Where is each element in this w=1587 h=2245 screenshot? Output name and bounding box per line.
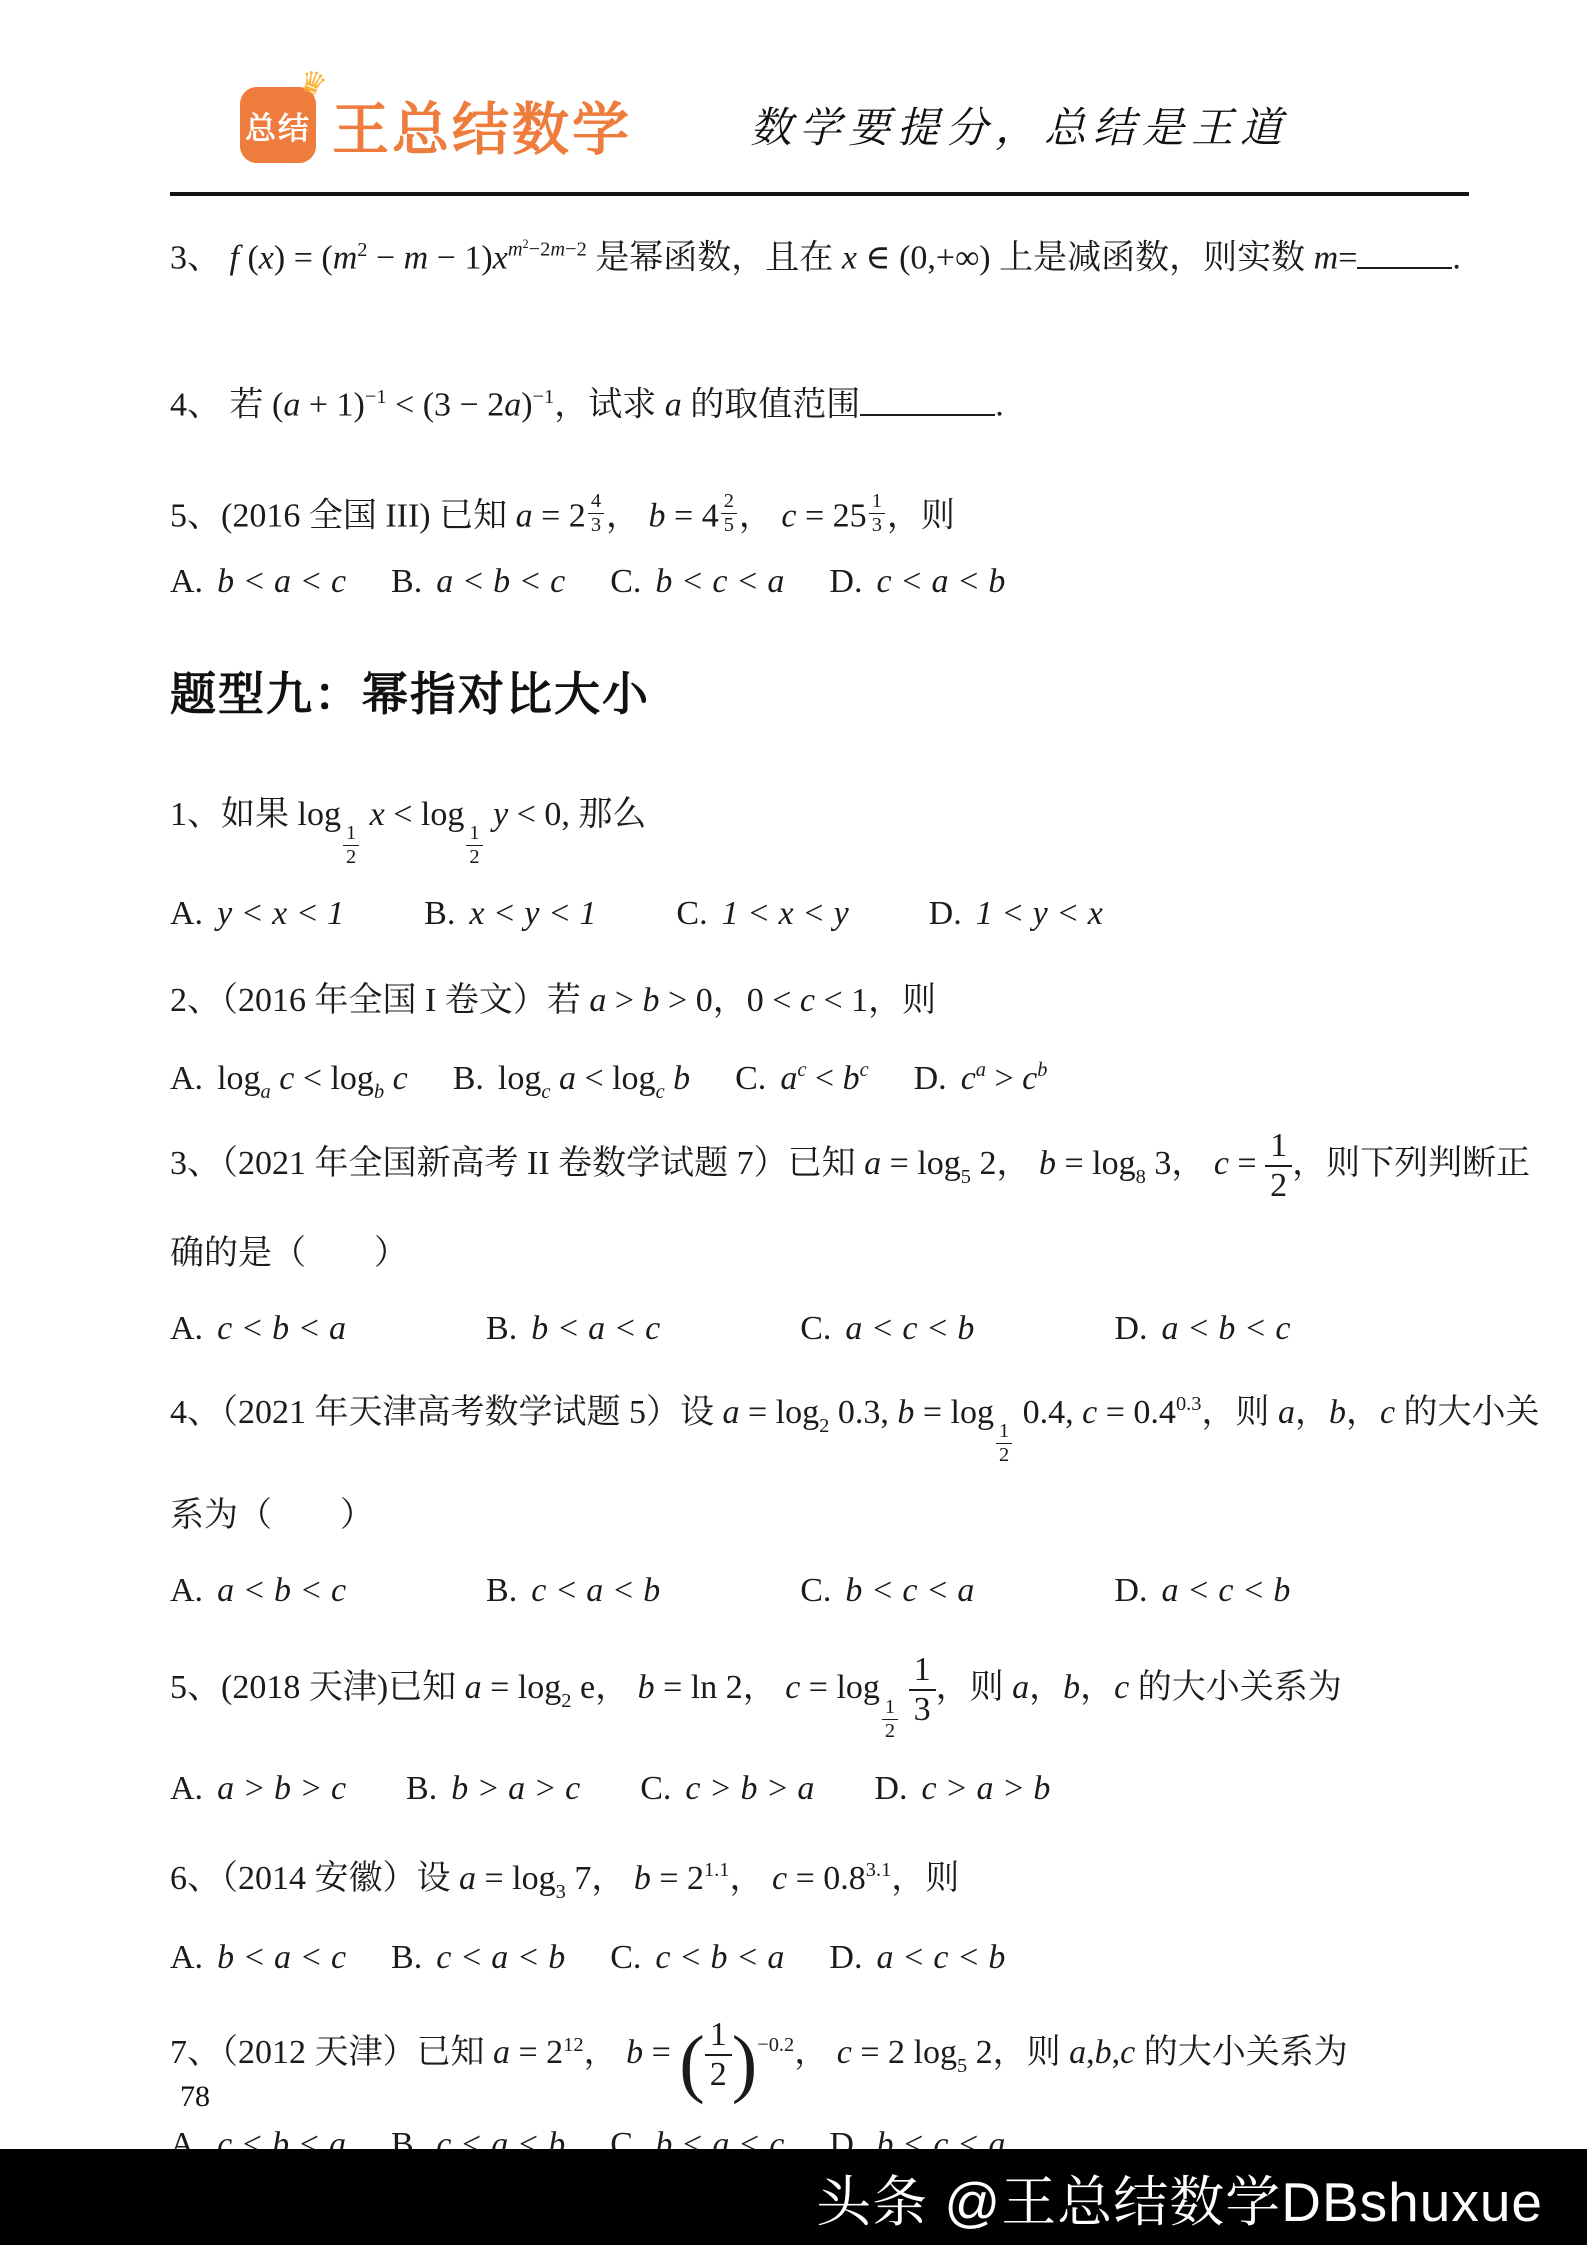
option-text: y < x < 1: [217, 889, 344, 938]
option-item: D.a < c < b: [1114, 1566, 1290, 1615]
option-text: c < b < a: [655, 1933, 784, 1982]
problem-4: 4、 若 (a + 1)−1 < (3 − 2a)−1，试求 a 的取值范围.: [170, 379, 1477, 430]
options-row: A.a > b > cB.b > a > cC.c > b > aD.c > a…: [170, 1764, 1477, 1813]
option-text: b < a < c: [217, 557, 346, 606]
option-label: B.: [406, 1764, 437, 1813]
option-item: A.loga c < logb c: [170, 1054, 408, 1103]
option-item: B.c < a < b: [486, 1566, 660, 1615]
option-text: b > a > c: [451, 1764, 580, 1813]
option-item: B.c < a < b: [391, 1933, 565, 1982]
option-label: A.: [170, 557, 203, 606]
option-item: B.b < a < c: [486, 1304, 660, 1353]
option-label: C.: [610, 1933, 641, 1982]
option-item: C.b < c < a: [610, 557, 784, 606]
option-label: D.: [1114, 1304, 1147, 1353]
option-label: B.: [453, 1054, 484, 1103]
question-6: 6、（2014 安徽）设 a = log3 7， b = 21.1， c = 0…: [170, 1854, 1477, 1983]
option-text: a < b < c: [436, 557, 565, 606]
option-item: A.b < a < c: [170, 1933, 346, 1982]
option-text: c > a > b: [921, 1764, 1050, 1813]
option-label: A.: [170, 1933, 203, 1982]
option-text: ca > cb: [961, 1054, 1048, 1103]
option-text: b < a < c: [217, 1933, 346, 1982]
problem-line: 5、(2018 天津)已知 a = log2 e， b = ln 2， c = …: [170, 1651, 1477, 1742]
option-item: C.c < b < a: [610, 1933, 784, 1982]
option-item: D.c < a < b: [829, 557, 1005, 606]
option-label: D.: [874, 1764, 907, 1813]
option-item: B.b > a > c: [406, 1764, 580, 1813]
option-text: b < a < c: [531, 1304, 660, 1353]
option-item: A.c < b < a: [170, 1304, 346, 1353]
option-label: A.: [170, 1304, 203, 1353]
options-row: A.a < b < cB.c < a < bC.b < c < aD.a < c…: [170, 1566, 1477, 1615]
option-item: C.ac < bc: [735, 1054, 869, 1103]
options-row: A.y < x < 1B.x < y < 1C.1 < x < yD.1 < y…: [170, 889, 1477, 938]
option-text: c < b < a: [217, 1304, 346, 1353]
option-text: a < c < b: [845, 1304, 974, 1353]
option-item: A.a < b < c: [170, 1566, 346, 1615]
option-item: C.1 < x < y: [676, 889, 848, 938]
problem-line: 系为（ ）: [170, 1491, 1477, 1540]
logo-badge-text: 总结: [245, 103, 311, 148]
crown-icon: ♛: [295, 65, 331, 102]
problem-line: 4、 若 (a + 1)−1 < (3 − 2a)−1，试求 a 的取值范围.: [170, 379, 1477, 430]
question-7: 7、（2012 天津）已知 a = 212， b = (12)−0.2， c =…: [170, 2016, 1477, 2169]
option-label: B.: [486, 1304, 517, 1353]
option-label: A.: [170, 1566, 203, 1615]
watermark-text: 头条 @王总结数学DBshuxue: [816, 2158, 1543, 2237]
option-text: logc a < logc b: [498, 1054, 690, 1103]
option-label: D.: [1114, 1566, 1147, 1615]
option-text: 1 < x < y: [722, 889, 849, 938]
option-label: C.: [610, 557, 641, 606]
section-title: 题型九：幂指对比大小: [170, 661, 1477, 728]
page-header: ♛ 总结 王总结数学 数学要提分，总结是王道: [170, 0, 1469, 196]
option-item: A.a > b > c: [170, 1764, 346, 1813]
problem-line: 5、(2016 全国 III) 已知 a = 243， b = 425， c =…: [170, 490, 1477, 541]
problem-line: 4、（2021 年天津高考数学试题 5）设 a = log2 0.3, b = …: [170, 1388, 1477, 1467]
option-item: D.1 < y < x: [929, 889, 1103, 938]
option-label: C.: [640, 1764, 671, 1813]
option-label: D.: [929, 889, 962, 938]
option-label: C.: [735, 1054, 766, 1103]
option-item: A.y < x < 1: [170, 889, 344, 938]
option-label: B.: [424, 889, 455, 938]
option-text: a < b < c: [217, 1566, 346, 1615]
option-text: a < b < c: [1161, 1304, 1290, 1353]
question-2: 2、（2016 年全国 I 卷文）若 a > b > 0，0 < c < 1，则…: [170, 976, 1477, 1103]
option-text: c < a < b: [876, 557, 1005, 606]
option-label: A.: [170, 889, 203, 938]
option-text: a > b > c: [217, 1764, 346, 1813]
tagline: 数学要提分，总结是王道: [750, 95, 1289, 155]
option-text: b < c < a: [655, 557, 784, 606]
options-row: A.b < a < cB.c < a < bC.c < b < aD.a < c…: [170, 1933, 1477, 1982]
option-text: a < c < b: [1161, 1566, 1290, 1615]
option-label: D.: [914, 1054, 947, 1103]
option-text: c < a < b: [531, 1566, 660, 1615]
question-4: 4、（2021 年天津高考数学试题 5）设 a = log2 0.3, b = …: [170, 1388, 1477, 1616]
option-item: C.a < c < b: [800, 1304, 974, 1353]
problem-line: 7、（2012 天津）已知 a = 212， b = (12)−0.2， c =…: [170, 2016, 1477, 2094]
logo-text: 王总结数学: [332, 84, 632, 166]
option-label: B.: [486, 1566, 517, 1615]
brand-logo: ♛ 总结 王总结数学: [240, 84, 632, 166]
problem-line: 确的是（ ）: [170, 1229, 1477, 1278]
option-label: C.: [800, 1566, 831, 1615]
option-text: b < c < a: [845, 1566, 974, 1615]
problem-3: 3、 f (x) = (m2 − m − 1)xm2−2m−2 是幂函数，且在 …: [170, 232, 1477, 283]
option-text: 1 < y < x: [976, 889, 1103, 938]
option-item: D.c > a > b: [874, 1764, 1050, 1813]
problem-line: 3、（2021 年全国新高考 II 卷数学试题 7）已知 a = log5 2，…: [170, 1127, 1477, 1205]
option-item: A.b < a < c: [170, 557, 346, 606]
question-1: 1、如果 log12 x < log12 y < 0, 那么 A.y < x <…: [170, 790, 1477, 938]
option-text: a < c < b: [876, 1933, 1005, 1982]
problem-line: 2、（2016 年全国 I 卷文）若 a > b > 0，0 < c < 1，则: [170, 976, 1477, 1025]
problem-5: 5、(2016 全国 III) 已知 a = 243， b = 425， c =…: [170, 490, 1477, 606]
problem-line: 3、 f (x) = (m2 − m − 1)xm2−2m−2 是幂函数，且在 …: [170, 232, 1477, 283]
option-text: ac < bc: [780, 1054, 868, 1103]
option-label: A.: [170, 1764, 203, 1813]
logo-badge: ♛ 总结: [240, 87, 316, 163]
option-label: B.: [391, 557, 422, 606]
option-item: C.c > b > a: [640, 1764, 814, 1813]
options-row: A.b < a < cB.a < b < cC.b < c < aD.c < a…: [170, 557, 1477, 606]
option-text: c < a < b: [436, 1933, 565, 1982]
option-item: B.a < b < c: [391, 557, 565, 606]
option-item: B.logc a < logc b: [453, 1054, 690, 1103]
option-item: C.b < c < a: [800, 1566, 974, 1615]
page-content: 3、 f (x) = (m2 − m − 1)xm2−2m−2 是幂函数，且在 …: [0, 232, 1587, 2170]
option-text: loga c < logb c: [217, 1054, 408, 1103]
options-row: A.c < b < aB.b < a < cC.a < c < bD.a < b…: [170, 1304, 1477, 1353]
option-item: D.a < b < c: [1114, 1304, 1290, 1353]
option-label: B.: [391, 1933, 422, 1982]
option-label: A.: [170, 1054, 203, 1103]
option-label: D.: [829, 1933, 862, 1982]
option-text: x < y < 1: [469, 889, 596, 938]
problem-line: 6、（2014 安徽）设 a = log3 7， b = 21.1， c = 0…: [170, 1854, 1477, 1903]
question-5: 5、(2018 天津)已知 a = log2 e， b = ln 2， c = …: [170, 1651, 1477, 1813]
problem-line: 1、如果 log12 x < log12 y < 0, 那么: [170, 790, 1477, 869]
page-number: 78: [180, 2080, 210, 2114]
footer-bar: 头条 @王总结数学DBshuxue: [0, 2149, 1587, 2245]
option-item: D.ca > cb: [914, 1054, 1048, 1103]
option-text: c > b > a: [685, 1764, 814, 1813]
option-item: B.x < y < 1: [424, 889, 596, 938]
option-label: C.: [800, 1304, 831, 1353]
options-row: A.loga c < logb cB.logc a < logc bC.ac <…: [170, 1054, 1477, 1103]
option-label: C.: [676, 889, 707, 938]
option-label: D.: [829, 557, 862, 606]
question-3: 3、（2021 年全国新高考 II 卷数学试题 7）已知 a = log5 2，…: [170, 1127, 1477, 1354]
option-item: D.a < c < b: [829, 1933, 1005, 1982]
